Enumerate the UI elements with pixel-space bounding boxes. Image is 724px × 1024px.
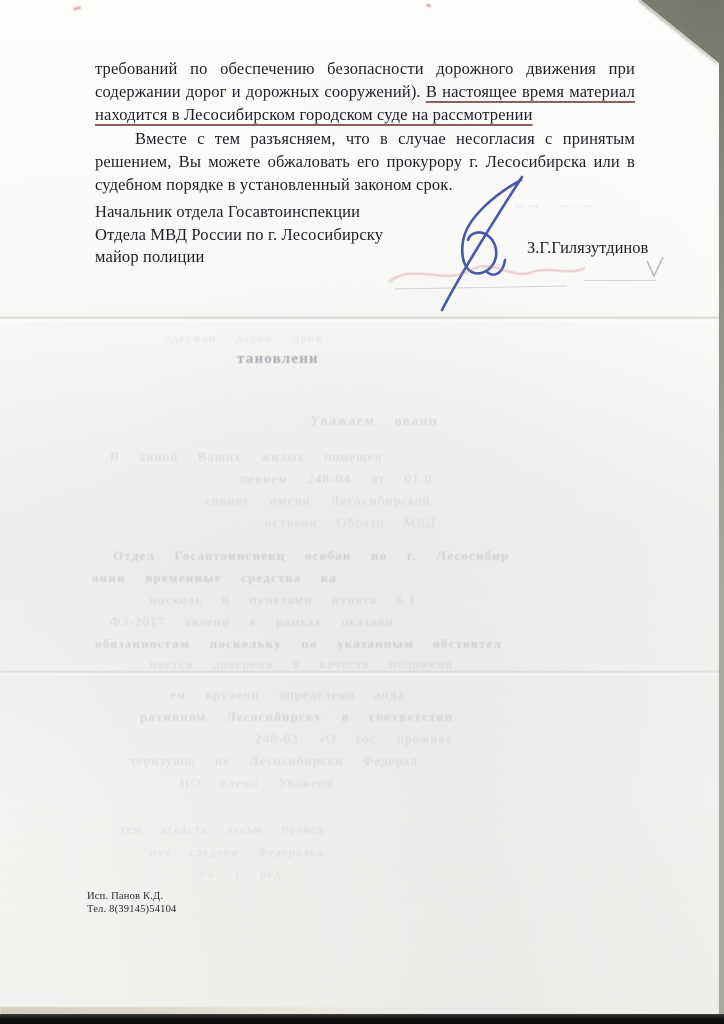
check-scribble — [645, 256, 665, 278]
fold-crease-upper — [0, 317, 724, 321]
signer-title-line1: Начальник отдела Госавтоинспекции — [95, 201, 383, 224]
scan-bottom-black-edge — [0, 1014, 724, 1024]
bleed-through-text: В анной Ваших жилых помещен — [110, 449, 383, 465]
scan-background: требований по обеспечению безопасности д… — [0, 0, 724, 1024]
bleed-through-text: оственн Образц МВД — [265, 515, 436, 531]
bleed-through-text: обязанностям поскольку по указанным обст… — [95, 636, 502, 652]
red-pen-speck — [73, 6, 81, 11]
bleed-through-text: одержан дорож движ — [165, 331, 324, 346]
bleed-through-text: теризующ не Лесосибирски Федерал — [130, 753, 418, 769]
bleed-through-text: ем вручени определени анда — [170, 687, 404, 703]
bleed-through-text: НО влени Уважени — [180, 775, 335, 791]
bleed-through-text: ФЗ-2017 авлени в рамках оказани — [110, 614, 393, 630]
scanned-page: требований по обеспечению безопасности д… — [0, 0, 724, 1024]
body-paragraph-2: Вместе с тем разъясняем, что в случае не… — [95, 127, 635, 197]
bleed-through-text: ании временные средства ка — [92, 570, 337, 586]
bleed-through-text: пением 248-04 от 01.0 — [240, 471, 432, 487]
bleed-through-text: посколь и пунктами пункта 6.1 — [150, 592, 416, 608]
bleed-through-text: 248-03 «О гос прожива — [255, 731, 453, 747]
bleed-through-text: Отдел Госавтоинспекц особан по г. Лесоси… — [113, 548, 510, 564]
bleed-through-text: по 1 ред — [200, 867, 281, 882]
bleed-through-text: тем атайств весьм провед — [120, 822, 324, 837]
red-pen-speck — [426, 4, 431, 8]
bleed-through-text: нается доверени в качеств положени — [150, 656, 453, 672]
bleed-through-text: совмес имени Лесосибирской — [205, 493, 431, 509]
signature-block: Начальник отдела Госавтоинспекции Отдела… — [95, 201, 383, 269]
bleed-through-line — [584, 280, 656, 281]
letter-body: требований по обеспечению безопасности д… — [95, 57, 635, 196]
signer-title-line3: майор полиции — [95, 246, 383, 269]
bleed-through-text: тановлени — [237, 351, 319, 368]
executor-phone: Тел. 8(39145)54104 — [87, 903, 177, 916]
bleed-through-text: ративном Лесосибирску в соответстви — [140, 709, 454, 725]
signer-title-line2: Отдела МВД России по г. Лесосибирску — [95, 224, 383, 247]
executor-note: Исп. Панов К.Д. Тел. 8(39145)54104 — [87, 890, 177, 916]
bleed-through-text: нач сведени Федеральн — [150, 845, 324, 860]
body-paragraph-1: требований по обеспечению безопасности д… — [95, 57, 635, 127]
page-edge-shadow — [718, 60, 722, 1024]
bleed-through-text: Уважаем ованн — [310, 414, 438, 430]
bleed-through-text: …… ……… — [515, 198, 595, 210]
executor-name: Исп. Панов К.Д. — [87, 890, 177, 903]
